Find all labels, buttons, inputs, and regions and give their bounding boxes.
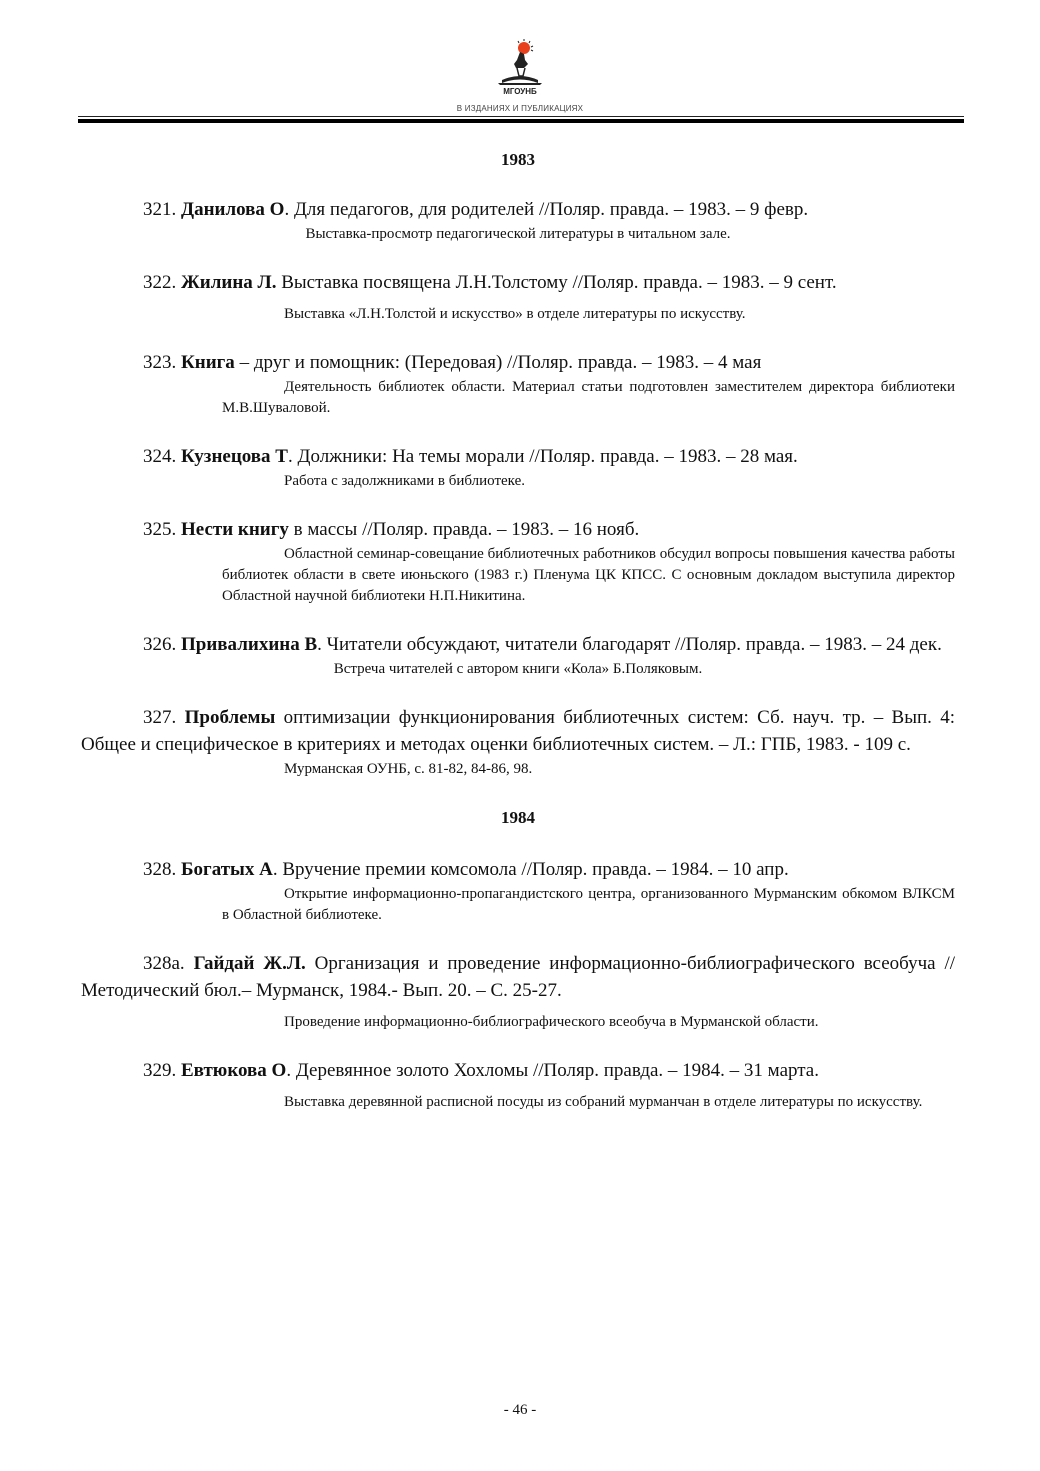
entry-author: Гайдай Ж.Л. <box>194 953 306 974</box>
citation: 328а. Гайдай Ж.Л. Организация и проведен… <box>81 950 955 1004</box>
entry-author: Проблемы <box>185 707 276 728</box>
entry-title: – друг и помощник: (Передовая) //Поляр. … <box>235 352 762 373</box>
annotation: Областной семинар-совещание библиотечных… <box>222 544 955 607</box>
annotation: Выставка-просмотр педагогической литерат… <box>81 224 955 245</box>
entry-author: Жилина Л. <box>181 272 276 293</box>
bibliography-entry: 328. Богатых А. Вручение премии комсомол… <box>81 856 955 926</box>
citation: 321. Данилова О. Для педагогов, для роди… <box>81 196 955 223</box>
annotation: Работа с задолжниками в библиотеке. <box>222 471 955 492</box>
entry-number: 322. <box>143 272 176 293</box>
entry-number: 329. <box>143 1060 176 1081</box>
entry-title: . Для педагогов, для родителей //Поляр. … <box>284 199 808 220</box>
citation: 327. Проблемы оптимизации функционирован… <box>81 704 955 758</box>
citation: 326. Привалихина В. Читатели обсуждают, … <box>81 631 955 658</box>
citation: 323. Книга – друг и помощник: (Передовая… <box>81 349 955 376</box>
bibliography-entry: 325. Нести книгу в массы //Поляр. правда… <box>81 516 955 607</box>
entry-author: Кузнецова Т <box>181 446 288 467</box>
bibliography-entry: 323. Книга – друг и помощник: (Передовая… <box>81 349 955 419</box>
bibliography-content: 1983 321. Данилова О. Для педагогов, для… <box>81 150 955 1137</box>
entry-number: 323. <box>143 352 176 373</box>
year-heading: 1984 <box>81 808 955 828</box>
entry-author: Нести книгу <box>181 519 289 540</box>
bibliography-entry: 328а. Гайдай Ж.Л. Организация и проведен… <box>81 950 955 1033</box>
entry-number: 328. <box>143 859 176 880</box>
entry-title: . Читатели обсуждают, читатели благодаря… <box>317 634 942 655</box>
entry-author: Богатых А <box>181 859 273 880</box>
year-heading: 1983 <box>81 150 955 170</box>
annotation: Открытие информационно-пропагандистского… <box>222 884 955 926</box>
entry-number: 321. <box>143 199 176 220</box>
annotation: Выставка деревянной расписной посуды из … <box>222 1092 955 1113</box>
entry-author: Книга <box>181 352 235 373</box>
bibliography-entry: 322. Жилина Л. Выставка посвящена Л.Н.То… <box>81 269 955 325</box>
bibliography-entry: 329. Евтюкова О. Деревянное золото Хохло… <box>81 1057 955 1113</box>
header-rule-thick <box>78 119 964 123</box>
annotation: Проведение информационно-библиографическ… <box>222 1012 955 1033</box>
entry-number: 328а. <box>143 953 185 974</box>
bibliography-entry: 326. Привалихина В. Читатели обсуждают, … <box>81 631 955 680</box>
entry-title: в массы //Поляр. правда. – 1983. – 16 но… <box>289 519 639 540</box>
entry-author: Привалихина В <box>181 634 317 655</box>
page-number: - 46 - <box>0 1402 1040 1419</box>
entry-title: . Должники: На темы морали //Поляр. прав… <box>288 446 798 467</box>
series-title: В ИЗДАНИЯХ И ПУБЛИКАЦИЯХ <box>0 104 1040 113</box>
annotation: Выставка «Л.Н.Толстой и искусство» в отд… <box>81 304 955 325</box>
library-logo-icon <box>484 38 556 94</box>
annotation: Мурманская ОУНБ, с. 81-82, 84-86, 98. <box>81 759 955 780</box>
citation: 329. Евтюкова О. Деревянное золото Хохло… <box>81 1057 955 1084</box>
annotation: Деятельность библиотек области. Материал… <box>222 377 955 419</box>
entry-number: 327. <box>143 707 176 728</box>
header-rule-thin <box>78 116 964 117</box>
entry-title: Выставка посвящена Л.Н.Толстому //Поляр.… <box>276 272 836 293</box>
citation: 324. Кузнецова Т. Должники: На темы мора… <box>81 443 955 470</box>
bibliography-entry: 321. Данилова О. Для педагогов, для роди… <box>81 196 955 245</box>
entry-author: Евтюкова О <box>181 1060 286 1081</box>
entry-title: . Деревянное золото Хохломы //Поляр. пра… <box>286 1060 819 1081</box>
citation: 325. Нести книгу в массы //Поляр. правда… <box>81 516 955 543</box>
entry-number: 325. <box>143 519 176 540</box>
bibliography-entry: 327. Проблемы оптимизации функционирован… <box>81 704 955 780</box>
citation: 328. Богатых А. Вручение премии комсомол… <box>81 856 955 883</box>
bibliography-entry: 324. Кузнецова Т. Должники: На темы мора… <box>81 443 955 492</box>
entry-number: 326. <box>143 634 176 655</box>
citation: 322. Жилина Л. Выставка посвящена Л.Н.То… <box>81 269 955 296</box>
page-header: МГОУНБ В ИЗДАНИЯХ И ПУБЛИКАЦИЯХ <box>0 0 1040 130</box>
entry-author: Данилова О <box>181 199 284 220</box>
logo-caption: МГОУНБ <box>0 87 1040 96</box>
annotation: Встреча читателей с автором книги «Кола»… <box>81 659 955 680</box>
entry-title: . Вручение премии комсомола //Поляр. пра… <box>273 859 789 880</box>
entry-number: 324. <box>143 446 176 467</box>
